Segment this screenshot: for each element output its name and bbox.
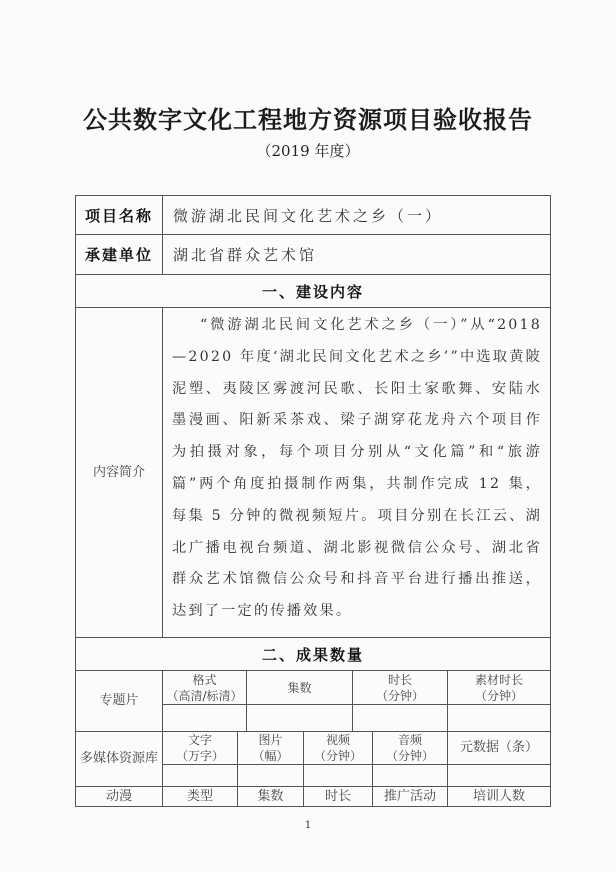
animation-header-promotion: 推广活动 bbox=[373, 787, 448, 806]
multimedia-header-metadata: 元数据（条） bbox=[448, 732, 550, 765]
project-name-label: 项目名称 bbox=[76, 196, 163, 235]
multimedia-header-images: 图片（幅） bbox=[238, 732, 304, 765]
special-film-episodes-value[interactable] bbox=[247, 705, 353, 732]
special-film-material-value[interactable] bbox=[448, 705, 550, 732]
special-film-header-material-duration: 素材时长（分钟） bbox=[448, 671, 550, 705]
contractor-value: 湖北省群众艺术馆 bbox=[163, 235, 550, 275]
animation-label: 动漫 bbox=[76, 787, 163, 806]
section-output-heading: 二、成果数量 bbox=[76, 638, 550, 671]
summary-label: 内容简介 bbox=[76, 308, 163, 638]
animation-header-episodes: 集数 bbox=[238, 787, 304, 806]
animation-header-duration: 时长 bbox=[304, 787, 373, 806]
multimedia-text-value[interactable] bbox=[163, 765, 238, 787]
summary-label-text: 内容简介 bbox=[93, 465, 145, 481]
project-name-value: 微游湖北民间文化艺术之乡（一） bbox=[163, 196, 550, 235]
page-number: 1 bbox=[0, 820, 616, 831]
special-film-format-value[interactable] bbox=[163, 705, 247, 732]
special-film-header-duration: 时长（分钟） bbox=[353, 671, 448, 705]
multimedia-label: 多媒体资源库 bbox=[76, 732, 163, 787]
summary-text: “微游湖北民间文化艺术之乡（一）”从“2018—2020 年度‘湖北民间文化艺术… bbox=[172, 310, 542, 628]
document-title: 公共数字文化工程地方资源项目验收报告 bbox=[0, 100, 616, 135]
multimedia-metadata-value[interactable] bbox=[448, 765, 550, 787]
special-film-header-episodes: 集数 bbox=[247, 671, 353, 705]
special-film-label: 专题片 bbox=[76, 671, 163, 732]
multimedia-images-value[interactable] bbox=[238, 765, 304, 787]
special-film-header-format: 格式（高清/标清） bbox=[163, 671, 247, 705]
multimedia-label-text: 多媒体资源库 bbox=[80, 751, 158, 767]
multimedia-header-audio: 音频（分钟） bbox=[373, 732, 448, 765]
special-film-duration-value[interactable] bbox=[353, 705, 448, 732]
animation-header-trainees: 培训人数 bbox=[448, 787, 550, 806]
document-year: （2019 年度） bbox=[0, 140, 616, 161]
multimedia-audio-value[interactable] bbox=[373, 765, 448, 787]
multimedia-video-value[interactable] bbox=[304, 765, 373, 787]
multimedia-header-text: 文字（万字） bbox=[163, 732, 238, 765]
animation-header-type: 类型 bbox=[163, 787, 238, 806]
section-construction-heading: 一、建设内容 bbox=[76, 275, 550, 308]
special-film-label-text: 专题片 bbox=[99, 693, 138, 709]
multimedia-header-video: 视频（分钟） bbox=[304, 732, 373, 765]
contractor-label: 承建单位 bbox=[76, 235, 163, 275]
